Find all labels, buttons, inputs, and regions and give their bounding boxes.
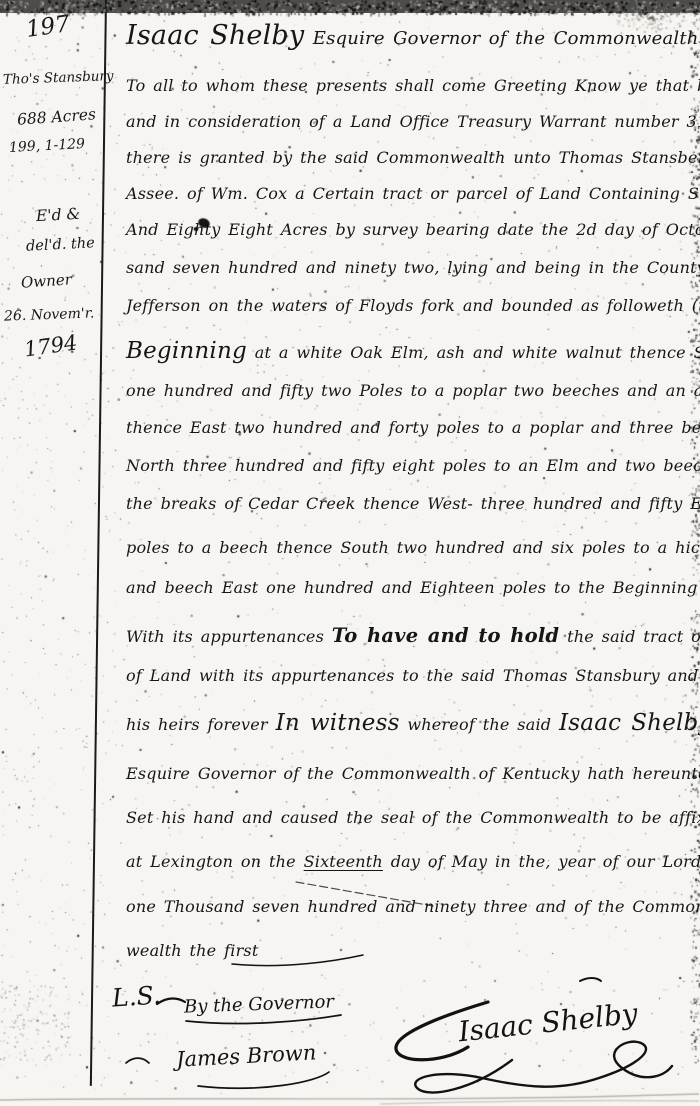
handwritten-line: wealth the first	[126, 941, 258, 960]
handwritten-line: one hundred and fifty two Poles to a pop…	[126, 381, 700, 400]
handwritten-line: North three hundred and fifty eight pole…	[126, 456, 700, 475]
handwritten-line: Esquire Governor of the Commonwealth of …	[126, 764, 700, 783]
document-body: Isaac Shelby Esquire Governor of the Com…	[126, 0, 698, 1106]
page-number: 197	[24, 11, 71, 43]
handwritten-line: his heirs forever In witness whereof the…	[126, 710, 700, 736]
handwritten-line: poles to a beech thence South two hundre…	[126, 538, 700, 557]
handwritten-line: thence East two hundred and forty poles …	[126, 418, 700, 437]
handwritten-line: Assee. of Wm. Cox a Certain tract or par…	[126, 184, 700, 203]
margin-rule-line	[90, 0, 107, 1086]
handwritten-line: Beginning at a white Oak Elm, ash and wh…	[126, 338, 700, 364]
handwritten-line: Isaac Shelby Esquire Governor of the Com…	[126, 20, 700, 51]
margin-note: E'd &	[36, 205, 81, 225]
handwritten-line: at Lexington on the Sixteenth day of May…	[126, 852, 700, 871]
handwritten-line: and beech East one hundred and Eighteen …	[126, 578, 700, 597]
margin-note: 199, 1-129	[9, 136, 86, 156]
margin-note: 26. Novem'r.	[4, 305, 95, 324]
margin-note: Tho's Stansbury	[3, 68, 114, 88]
seal-mark: L.S.	[111, 980, 162, 1012]
handwritten-line: With its appurtenances To have and to ho…	[126, 624, 700, 647]
handwritten-line: And Eighty Eight Acres by survey bearing…	[126, 220, 700, 239]
handwritten-line: To all to whom these presents shall come…	[126, 76, 700, 95]
handwritten-line: Set his hand and caused the seal of the …	[126, 808, 700, 827]
handwritten-line: and in consideration of a Land Office Tr…	[126, 112, 700, 131]
margin-note: 1794	[23, 330, 79, 361]
handwritten-line: the breaks of Cedar Creek thence West- t…	[126, 494, 700, 513]
margin-note: 688 Acres	[16, 105, 96, 128]
margin-note: del'd. the	[26, 235, 95, 255]
handwritten-line: of Land with its appurtenances to the sa…	[126, 666, 698, 685]
margin-note: Owner	[20, 270, 72, 292]
handwritten-line: Jefferson on the waters of Floyds fork a…	[126, 296, 700, 315]
handwritten-line: sand seven hundred and ninety two, lying…	[126, 258, 700, 277]
scanned-document-page: 197Tho's Stansbury688 Acres199, 1-129E'd…	[0, 0, 700, 1106]
handwritten-line: there is granted by the said Commonwealt…	[126, 148, 700, 167]
handwritten-line: one Thousand seven hundred and ninety th…	[126, 897, 700, 916]
